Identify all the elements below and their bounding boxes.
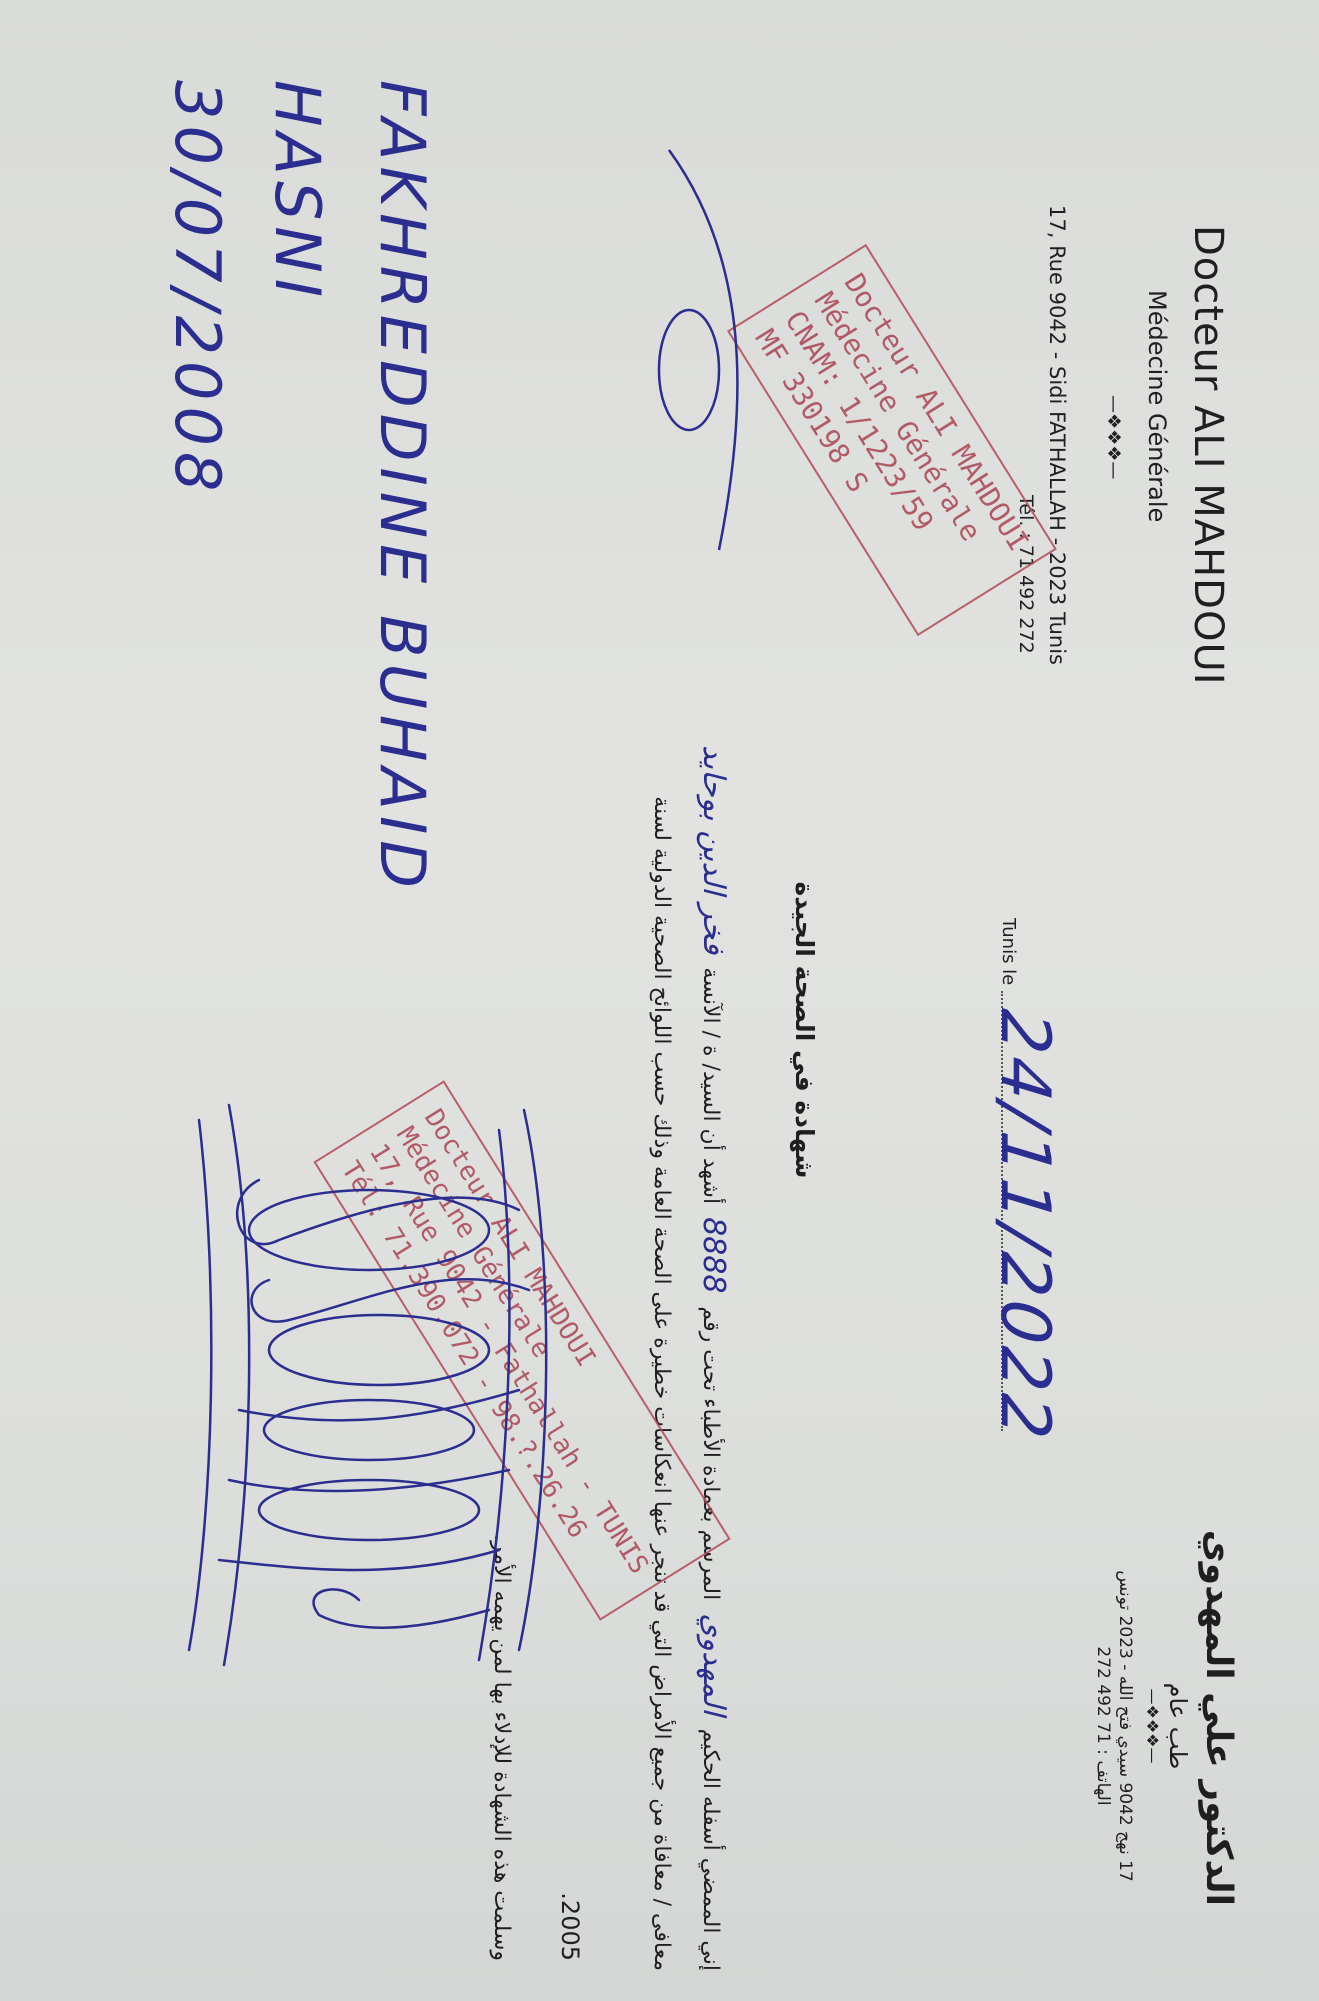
address-ar: 17 نهج 9042 سيدي فتح الله - 2023 تونس xyxy=(1115,1546,1135,1906)
address-fr: 17, Rue 9042 - Sidi FATHALLAH - 2023 Tun… xyxy=(1045,205,1069,665)
certificate-year: 2005. xyxy=(556,1892,584,1961)
header-ar: الدكتور علي المهدوي طب عام —❖❖❖— 17 نهج … xyxy=(1093,1546,1239,1906)
handwritten-number-fill: 8888 xyxy=(696,1211,731,1299)
specialty-fr: Médecine Générale xyxy=(1143,290,1171,522)
doctor-stamp-top: Docteur ALI MAHDOUI Médecine Générale CN… xyxy=(727,244,1057,636)
handwritten-patient-fill: فخر الدين بوحايد xyxy=(696,739,731,960)
handwritten-date: 24/11/2022 xyxy=(985,1006,1064,1446)
specialty-ar: طب عام xyxy=(1164,1546,1192,1906)
ornament-divider: —❖❖❖— xyxy=(1103,395,1124,479)
handwritten-name: FAKHREDDINE BUHAID xyxy=(366,80,439,894)
line1-prefix: إني الممضي أسفله الحكيم xyxy=(698,1729,723,1971)
certificate-closing: وسلمت هذه الشهادة للإدلاء بها لمن يهمه ا… xyxy=(489,1534,514,1961)
place-date-label: Tunis le xyxy=(998,918,1019,985)
certificate-paper: Docteur ALI MAHDOUI Médecine Générale —❖… xyxy=(0,0,1319,2001)
handwritten-date-note: 30/07/2008 xyxy=(161,80,234,497)
ornament-divider-ar: —❖❖❖— xyxy=(1143,1546,1162,1906)
doctor-name-fr: Docteur ALI MAHDOUI xyxy=(1185,225,1231,686)
certificate-line-1: إني الممضي أسفله الحكيم المهدوي المرسم ب… xyxy=(696,739,731,1971)
certificate-line-2: معافى / معافاة من جميع الأمراض التي قد ت… xyxy=(649,796,674,1971)
stamp-line: 17, Rue 9042 - Fathallah - TUNIS xyxy=(362,1138,655,1580)
doctor-name-ar: الدكتور علي المهدوي xyxy=(1198,1546,1239,1906)
line1-suffix: أشهد أن السيد/ ة / الآنسة xyxy=(698,967,723,1204)
handwritten-doctor-fill: المهدوي xyxy=(696,1607,731,1721)
phone-ar: الهاتف : 71 492 272 xyxy=(1093,1546,1113,1906)
handwritten-second-line: HASNI xyxy=(261,80,334,303)
certificate-title: شهادة في الصحة الجيدة xyxy=(790,870,819,1190)
